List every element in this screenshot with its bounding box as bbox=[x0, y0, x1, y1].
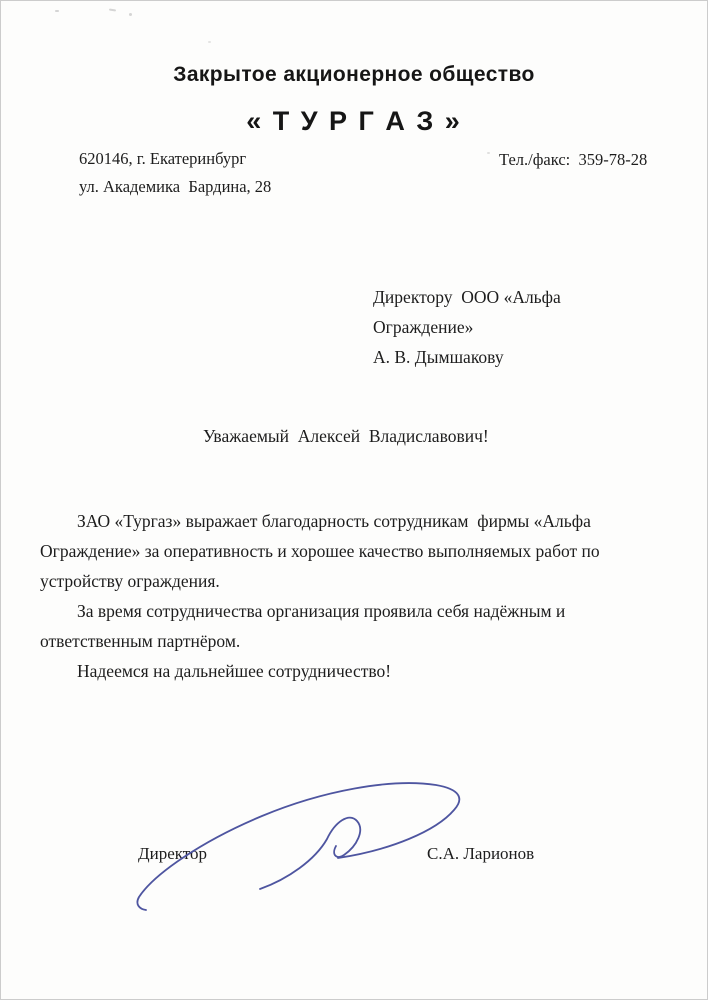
scan-noise bbox=[487, 152, 490, 154]
body-line-6: Надеемся на дальнейшее сотрудничество! bbox=[40, 656, 665, 686]
org-type-line: Закрытое акционерное общество bbox=[0, 62, 708, 88]
body-line-3: устройству ограждения. bbox=[40, 566, 665, 596]
scan-noise bbox=[129, 13, 132, 16]
org-name: « Т У Р Г А З » bbox=[0, 105, 708, 139]
body-line-2: Ограждение» за оперативность и хорошее к… bbox=[40, 536, 665, 566]
scan-noise bbox=[208, 41, 211, 43]
phone-fax-line: Тел./факс: 359-78-28 bbox=[499, 150, 647, 171]
scan-noise bbox=[55, 10, 59, 12]
body-line-4: За время сотрудничества организация проя… bbox=[40, 596, 665, 626]
addressee-line-3: А. В. Дымшакову bbox=[373, 342, 561, 372]
salutation: Уважаемый Алексей Владиславович! bbox=[203, 426, 489, 448]
addressee-line-1: Директору ООО «Альфа bbox=[373, 282, 561, 312]
addressee-block: Директору ООО «Альфа Ограждение» А. В. Д… bbox=[373, 282, 561, 372]
body-line-5: ответственным партнёром. bbox=[40, 626, 665, 656]
letter-page: Закрытое акционерное общество « Т У Р Г … bbox=[0, 0, 708, 1000]
body-line-1: ЗАО «Тургаз» выражает благодарность сотр… bbox=[40, 506, 665, 536]
addressee-line-2: Ограждение» bbox=[373, 312, 561, 342]
address-line-2: ул. Академика Бардина, 28 bbox=[79, 177, 271, 198]
address-line-1: 620146, г. Екатеринбург bbox=[79, 149, 246, 170]
letter-body: ЗАО «Тургаз» выражает благодарность сотр… bbox=[40, 506, 665, 686]
scan-noise bbox=[109, 9, 116, 12]
signature-scribble bbox=[110, 765, 490, 925]
